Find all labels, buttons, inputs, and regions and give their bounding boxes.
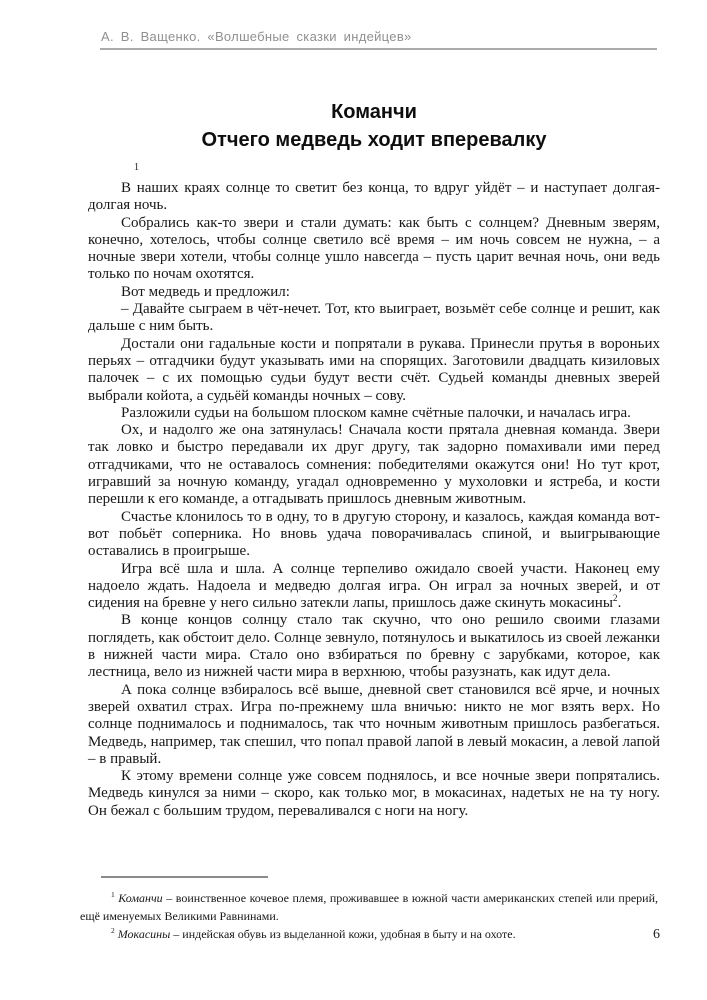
paragraph: Вот медведь и предложил:: [88, 284, 660, 301]
running-header: А. В. Ващенко. «Волшебные сказки индейце…: [101, 29, 658, 44]
paragraph: Собрались как-то звери и стали думать: к…: [88, 215, 660, 284]
paragraph: Разложили судьи на большом плоском камне…: [88, 405, 660, 422]
paragraph: К этому времени солнце уже совсем поднял…: [88, 768, 660, 820]
paragraph: Счастье клонилось то в одну, то в другую…: [88, 509, 660, 561]
book-page: А. В. Ващенко. «Волшебные сказки индейце…: [0, 0, 707, 1000]
paragraph: Игра всё шла и шла. А солнце терпеливо о…: [88, 561, 660, 613]
footnote: 1 Команчи – воинственное кочевое племя, …: [80, 889, 658, 925]
chapter-footnote-ref: 1: [134, 162, 139, 173]
footnotes: 1 Команчи – воинственное кочевое племя, …: [80, 876, 658, 943]
chapter-title: Команчи Отчего медведь ходит вперевалку: [88, 98, 660, 154]
paragraph: Ох, и надолго же она затянулась! Сначала…: [88, 422, 660, 508]
footnote-ref: 1: [111, 890, 115, 899]
page-number: 6: [653, 927, 660, 943]
paragraph: В конце концов солнцу стало так скучно, …: [88, 612, 660, 681]
paragraph: – Давайте сыграем в чёт-нечет. Тот, кто …: [88, 301, 660, 336]
footnote: 2 Мокасины – индейская обувь из выделанн…: [80, 925, 658, 943]
chapter-title-line1: Команчи: [88, 98, 660, 126]
chapter-title-line2: Отчего медведь ходит вперевалку: [88, 126, 660, 154]
footnote-divider: [101, 876, 268, 878]
footnote-list: 1 Команчи – воинственное кочевое племя, …: [80, 889, 658, 943]
paragraph: Достали они гадальные кости и попрятали …: [88, 336, 660, 405]
body-text: В наших краях солнце то светит без конца…: [88, 180, 660, 820]
header-divider: [100, 48, 657, 50]
footnote-term: Команчи: [118, 891, 162, 905]
paragraph: В наших краях солнце то светит без конца…: [88, 180, 660, 215]
footnote-ref: 2: [613, 594, 618, 604]
footnote-ref: 2: [111, 926, 115, 935]
paragraph: А пока солнце взбиралось всё выше, дневн…: [88, 682, 660, 768]
footnote-term: Мокасины: [118, 927, 171, 941]
